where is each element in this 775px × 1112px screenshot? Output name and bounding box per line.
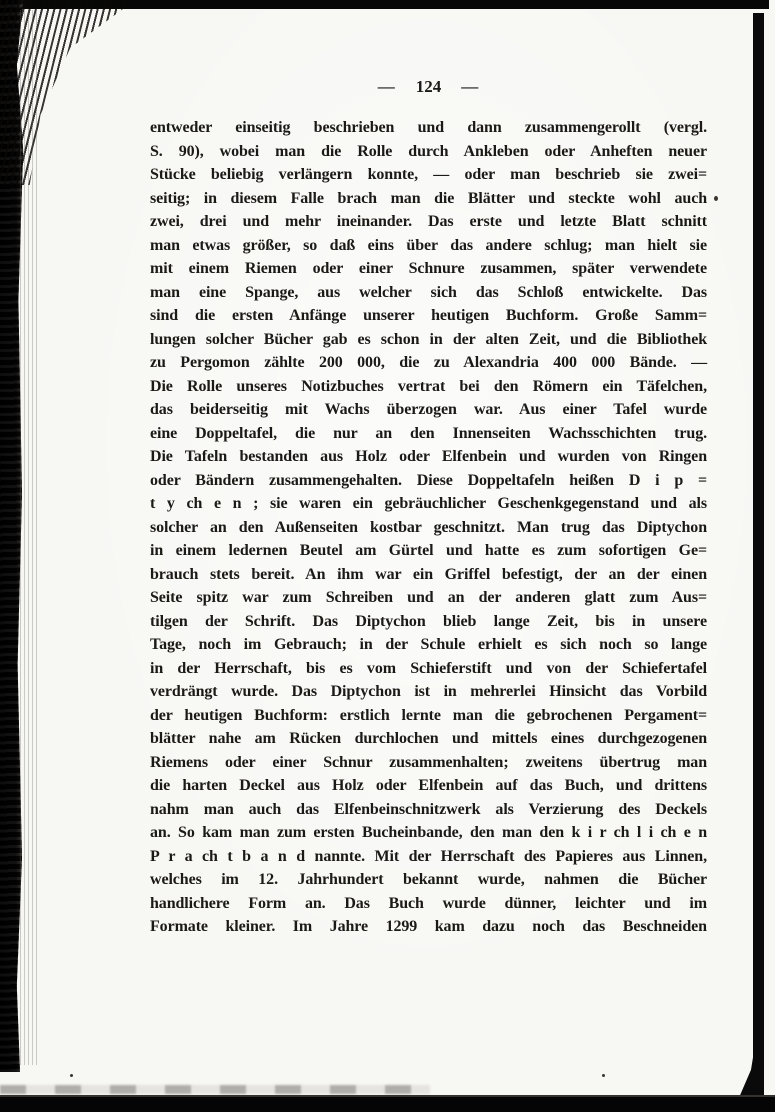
scan-speck — [70, 1074, 73, 1077]
text-line: handlichere Form an. Das Buch wurde dünn… — [150, 892, 707, 916]
text-line: eine Doppeltafel, die nur an den Innense… — [150, 422, 707, 446]
text-line: tilgen der Schrift. Das Diptychon blieb … — [150, 610, 707, 634]
text-line: nahm man auch das Elfenbeinschnitzwerk a… — [150, 798, 707, 822]
text-line: P r a ch t b a n d nannte. Mit der Herrs… — [150, 845, 707, 869]
text-line: Die Tafeln bestanden aus Holz oder Elfen… — [150, 445, 707, 469]
text-line: zwei, drei und mehr ineinander. Das erst… — [150, 210, 707, 234]
text-line: solcher an den Außenseiten kostbar gesch… — [150, 516, 707, 540]
text-line: man etwas größer, so daß eins über das a… — [150, 234, 707, 258]
scan-bottom-smudge — [0, 1085, 430, 1094]
header-dash-right: — — [461, 77, 479, 97]
scan-speck — [602, 1074, 605, 1077]
text-line: lungen solcher Bücher gab es schon in de… — [150, 328, 707, 352]
text-line: verdrängt wurde. Das Diptychon ist in me… — [150, 680, 707, 704]
text-line: brauch stets bereit. An ihm war ein Grif… — [150, 563, 707, 587]
text-line: mit einem Riemen oder einer Schnure zusa… — [150, 257, 707, 281]
text-line: welches im 12. Jahrhundert bekannt wurde… — [150, 868, 707, 892]
text-line: oder Bändern zusammengehalten. Diese Dop… — [150, 469, 707, 493]
text-line: zu Pergomon zählte 200 000, die zu Alexa… — [150, 351, 707, 375]
text-line: die harten Deckel aus Holz oder Elfenbei… — [150, 774, 707, 798]
scanned-book-page: — 124 — entweder einseitig beschrieben u… — [0, 0, 775, 1112]
text-line: blätter nahe am Rücken durchlochen und m… — [150, 727, 707, 751]
text-line: seitig; in diesem Falle brach man die Bl… — [150, 187, 707, 211]
page-header: — 124 — — [150, 77, 707, 97]
text-line: in der Herrschaft, bis es vom Schieferst… — [150, 657, 707, 681]
text-line: Stücke beliebig verlängern konnte, — ode… — [150, 163, 707, 187]
text-line: entweder einseitig beschrieben und dann … — [150, 116, 707, 140]
text-line: in einem ledernen Beutel am Gürtel und h… — [150, 539, 707, 563]
scan-bottom-edge-bar — [0, 1095, 775, 1112]
text-line: an. So kam man zum ersten Bucheinbande, … — [150, 821, 707, 845]
scan-right-edge-bar — [753, 13, 764, 1112]
text-line: Tage, noch im Gebrauch; in der Schule er… — [150, 633, 707, 657]
text-line: t y ch e n ; sie waren ein gebräuchliche… — [150, 492, 707, 516]
scan-left-streaks — [20, 10, 40, 1065]
scan-right-edge-flare — [735, 1045, 755, 1100]
text-line: man eine Spange, aus welcher sich das Sc… — [150, 281, 707, 305]
body-text: entweder einseitig beschrieben und dann … — [150, 116, 707, 939]
text-line: der heutigen Buchform: erstlich lernte m… — [150, 704, 707, 728]
text-line: Riemens oder einer Schnur zusammenhalten… — [150, 751, 707, 775]
text-line: Formate kleiner. Im Jahre 1299 kam dazu … — [150, 915, 707, 939]
page-number: 124 — [416, 77, 442, 97]
text-line: Die Rolle unseres Notizbuches vertrat be… — [150, 375, 707, 399]
text-line: S. 90), wobei man die Rolle durch Ankleb… — [150, 140, 707, 164]
text-line: Seite spitz war zum Schreiben und an der… — [150, 586, 707, 610]
text-line: sind die ersten Anfänge unserer heutigen… — [150, 304, 707, 328]
scan-speck — [714, 196, 718, 201]
text-line: das beiderseitig mit Wachs überzogen war… — [150, 398, 707, 422]
header-dash-left: — — [378, 77, 396, 97]
